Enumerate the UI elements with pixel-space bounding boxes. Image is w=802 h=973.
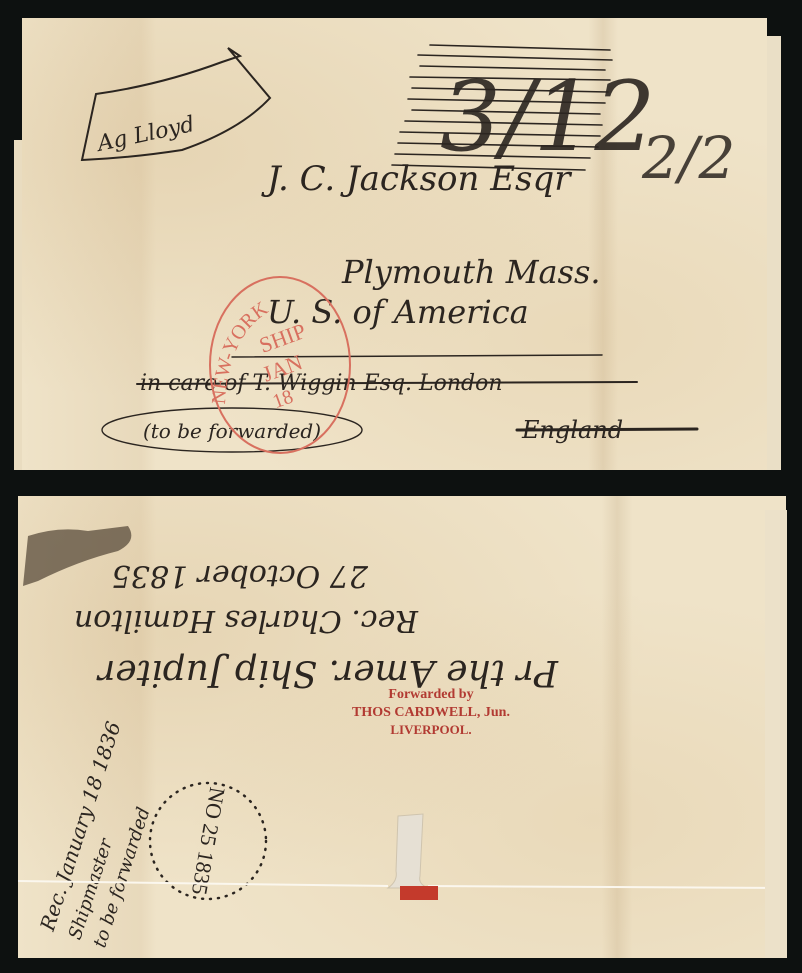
forwarded-by-cardwell-cachet: Forwarded by THOS CARDWELL, Jun. LIVERPO… (352, 687, 510, 737)
receiving-postmark: NO 25 1835 (150, 783, 266, 899)
red-wax-seal (400, 886, 438, 900)
svg-text:Forwarded by: Forwarded by (388, 687, 473, 702)
red-manuscript-rate: 2/2 (641, 124, 735, 192)
fold-line (428, 886, 786, 888)
boxed-lloyd-handstamp: Ag Lloyd (82, 48, 270, 160)
svg-text:SHIP: SHIP (256, 318, 309, 358)
address-city: Plymouth Mass. (341, 253, 601, 291)
svg-text:(to be forwarded): (to be forwarded) (143, 419, 321, 443)
svg-text:27 October 1835: 27 October 1835 (112, 558, 369, 593)
svg-text:Pr the Amer. Ship Jupiter: Pr the Amer. Ship Jupiter (96, 652, 559, 693)
cover-back: 27 October 1835 Rec. Charles Hamilton Pr… (18, 496, 786, 958)
svg-text:Rec. Charles Hamilton: Rec. Charles Hamilton (74, 603, 419, 638)
side-notes: Rec. January 18 1836 Shipmaster to be fo… (35, 718, 177, 951)
svg-text:THOS CARDWELL, Jun.: THOS CARDWELL, Jun. (352, 705, 510, 720)
crossed-out-rate: 3/12 (392, 45, 656, 173)
upside-down-docket: 27 October 1835 Rec. Charles Hamilton Pr… (74, 558, 559, 693)
address-country: U. S. of America (267, 293, 529, 331)
cover-front: Ag Lloyd 3/12 2/2 J. C. Jackson Esqr Ply… (22, 18, 767, 470)
seal-paper-tab (388, 814, 428, 888)
back-markings: 27 October 1835 Rec. Charles Hamilton Pr… (18, 496, 786, 958)
svg-text:3/12: 3/12 (440, 61, 656, 173)
front-markings: Ag Lloyd 3/12 2/2 J. C. Jackson Esqr Ply… (22, 18, 767, 470)
front-right-flap-edge (767, 36, 781, 470)
strike-through-country (517, 429, 697, 430)
svg-text:NO 25 1835: NO 25 1835 (187, 785, 231, 896)
svg-text:LIVERPOOL.: LIVERPOOL. (390, 722, 471, 737)
address-name: J. C. Jackson Esqr (261, 159, 572, 199)
back-right-flap-edge (765, 510, 787, 958)
